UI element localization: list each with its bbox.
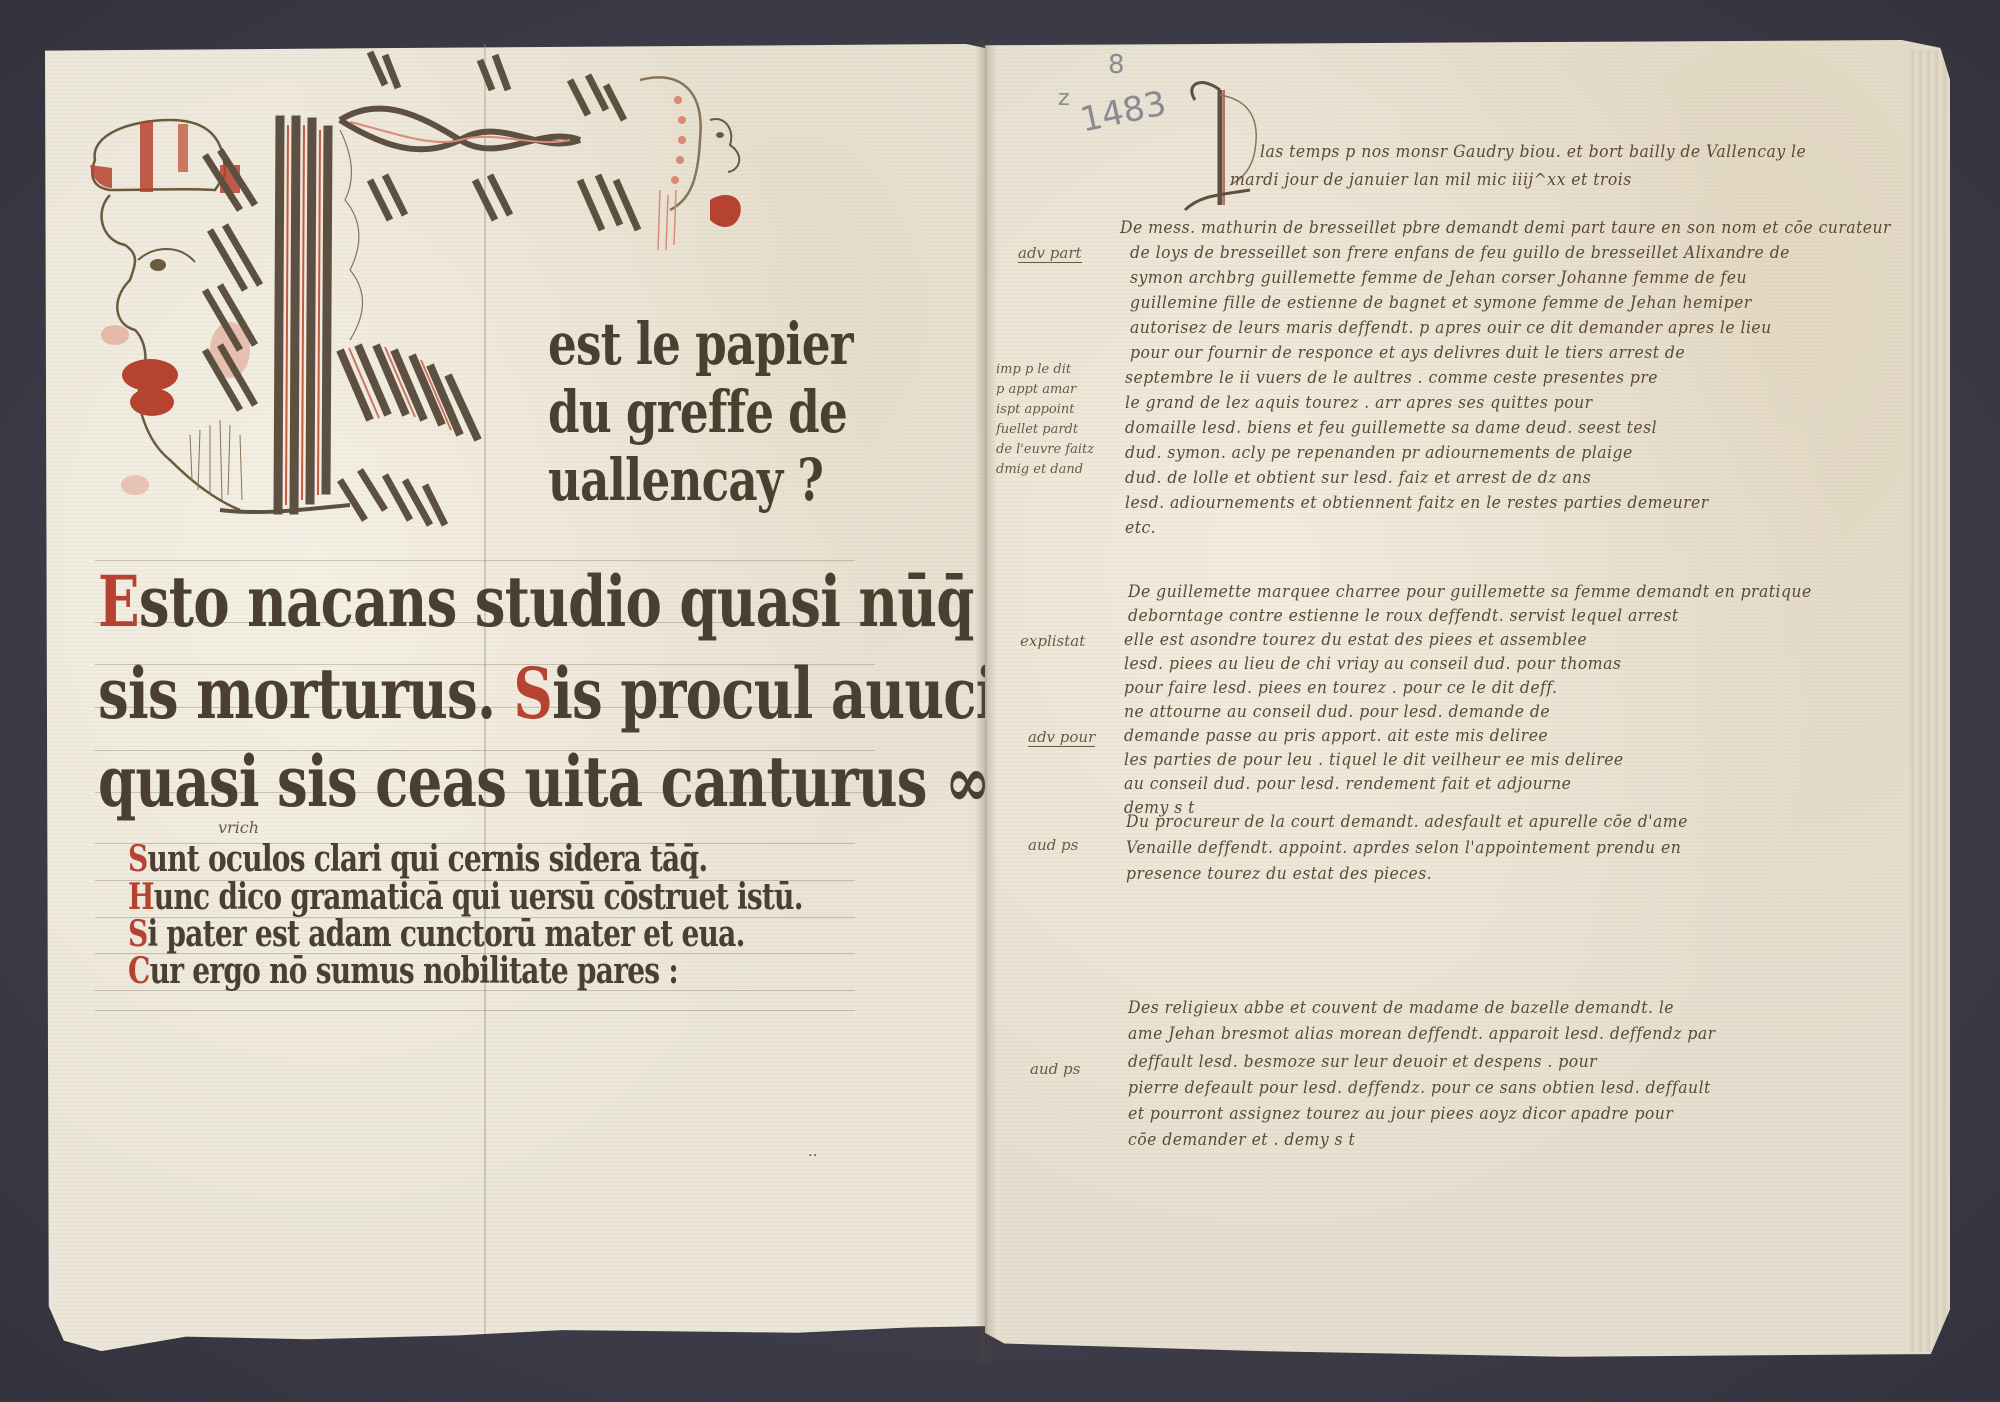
motto-line-1: Esto nacans studio quasi nūq̄ — [98, 560, 974, 643]
title-line-1: est le papier — [548, 310, 853, 378]
heading-line-2: mardi jour de januier lan mil mic iiij^x… — [1230, 170, 1632, 190]
verse-line-1: Sunt oculos clari qui cernis sidera tāq̄… — [128, 838, 707, 880]
margin-note: dmig et dand — [996, 462, 1083, 477]
margin-note-aud-ps: aud ps — [1030, 1060, 1080, 1078]
bottom-mark: ·· — [808, 1146, 818, 1164]
entry-1-line: pour our fournir de responce et ays deli… — [1130, 343, 1685, 363]
motto-line-3: quasi sis ceas uita canturus ∞ — [98, 740, 990, 823]
margin-note: p appt amar — [996, 382, 1076, 397]
entry-4-line: deffault lesd. besmoze sur leur deuoir e… — [1128, 1052, 1597, 1072]
entry-2-line: ne attourne au conseil dud. pour lesd. d… — [1124, 702, 1550, 722]
margin-note-explistat: explistat — [1020, 632, 1085, 650]
decorated-profile-face-right — [560, 60, 800, 260]
entry-1-line: guillemine fille de estienne de bagnet e… — [1130, 293, 1752, 313]
entry-4-line: Des religieux abbe et couvent de madame … — [1128, 998, 1674, 1018]
right-page — [985, 40, 1950, 1362]
entry-4-line: ame Jehan bresmot alias morean deffendt.… — [1128, 1024, 1716, 1044]
heading-line-1: las temps p nos monsr Gaudry biou. et bo… — [1260, 142, 1806, 162]
entry-3-line: Venaille deffendt. appoint. aprdes selon… — [1126, 838, 1681, 858]
entry-2-line: pour faire lesd. piees en tourez . pour … — [1124, 678, 1557, 698]
title-line-3: uallencay ? — [548, 446, 823, 514]
entry-4-line: pierre defeault pour lesd. deffendz. pou… — [1128, 1078, 1711, 1098]
entry-1-line: De mess. mathurin de bresseillet pbre de… — [1120, 218, 1891, 238]
entry-1-line: symon archbrg guillemette femme de Jehan… — [1130, 268, 1747, 288]
entry-1-line: dud. de lolle et obtient sur lesd. faiz … — [1125, 468, 1591, 488]
title-line-2: du greffe de — [548, 378, 847, 446]
entry-4-line: et pourront assignez tourez au jour piee… — [1128, 1104, 1673, 1124]
margin-note: imp p le dit — [996, 362, 1071, 377]
entry-3-line: Du procureur de la court demandt. adesfa… — [1126, 812, 1688, 832]
verse-line-3: Si pater est adam cunctorū mater et eua. — [128, 913, 745, 955]
rubric-initial-s: S — [513, 652, 552, 735]
entry-2-line: au conseil dud. pour lesd. rendement fai… — [1124, 774, 1571, 794]
entry-2-line: elle est asondre tourez du estat des pie… — [1124, 630, 1587, 650]
entry-1-line: etc. — [1125, 518, 1156, 538]
entry-1-line: domaille lesd. biens et feu guillemette … — [1125, 418, 1657, 438]
entry-2-line: deborntage contre estienne le roux deffe… — [1128, 606, 1679, 626]
interlinear-gloss: vrich — [218, 818, 259, 837]
margin-note: fuellet pardt — [996, 422, 1078, 437]
pencil-number: 8 — [1108, 50, 1125, 80]
decorated-initial-l-with-face — [40, 40, 560, 560]
entry-1-line: de loys de bresseillet son frere enfans … — [1130, 243, 1790, 263]
motto-line-2: sis morturus. Sis procul auucio — [98, 652, 1031, 735]
entry-2-line: De guillemette marquee charree pour guil… — [1128, 582, 1812, 602]
ruled-line — [95, 1010, 855, 1011]
verse-line-4: Cur ergo nō sumus nobilitate pares : — [128, 950, 678, 992]
entry-1-line: le grand de lez aquis tourez . arr apres… — [1125, 393, 1593, 413]
margin-note-adv-pour: adv pour — [1028, 728, 1095, 747]
entry-1-line: lesd. adiournements et obtiennent faitz … — [1125, 493, 1709, 513]
verse-line-2: Hunc dico gramaticā qui uersū cōstruet i… — [128, 876, 803, 918]
entry-2-line: les parties de pour leu . tiquel le dit … — [1124, 750, 1624, 770]
rubric-initial-e: E — [98, 560, 139, 643]
margin-note-aud-ps: aud ps — [1028, 836, 1078, 854]
entry-3-line: presence tourez du estat des pieces. — [1126, 864, 1432, 884]
margin-note: ispt appoint — [996, 402, 1074, 417]
entry-4-line: cōe demander et . demy s t — [1128, 1130, 1355, 1150]
entry-1-line: septembre le ii vuers de le aultres . co… — [1125, 368, 1658, 388]
entry-1-line: dud. symon. acly pe repenanden pr adiour… — [1125, 443, 1633, 463]
margin-note-adv-part: adv part — [1018, 244, 1082, 263]
pencil-folio-mark: z — [1058, 86, 1070, 111]
entry-2-line: lesd. piees au lieu de chi vriay au cons… — [1124, 654, 1621, 674]
binding-gutter — [975, 40, 997, 1362]
margin-note: de l'euvre faitz — [996, 442, 1094, 457]
entry-1-line: autorisez de leurs maris deffendt. p apr… — [1130, 318, 1772, 338]
entry-2-line: demande passe au pris apport. ait este m… — [1124, 726, 1548, 746]
